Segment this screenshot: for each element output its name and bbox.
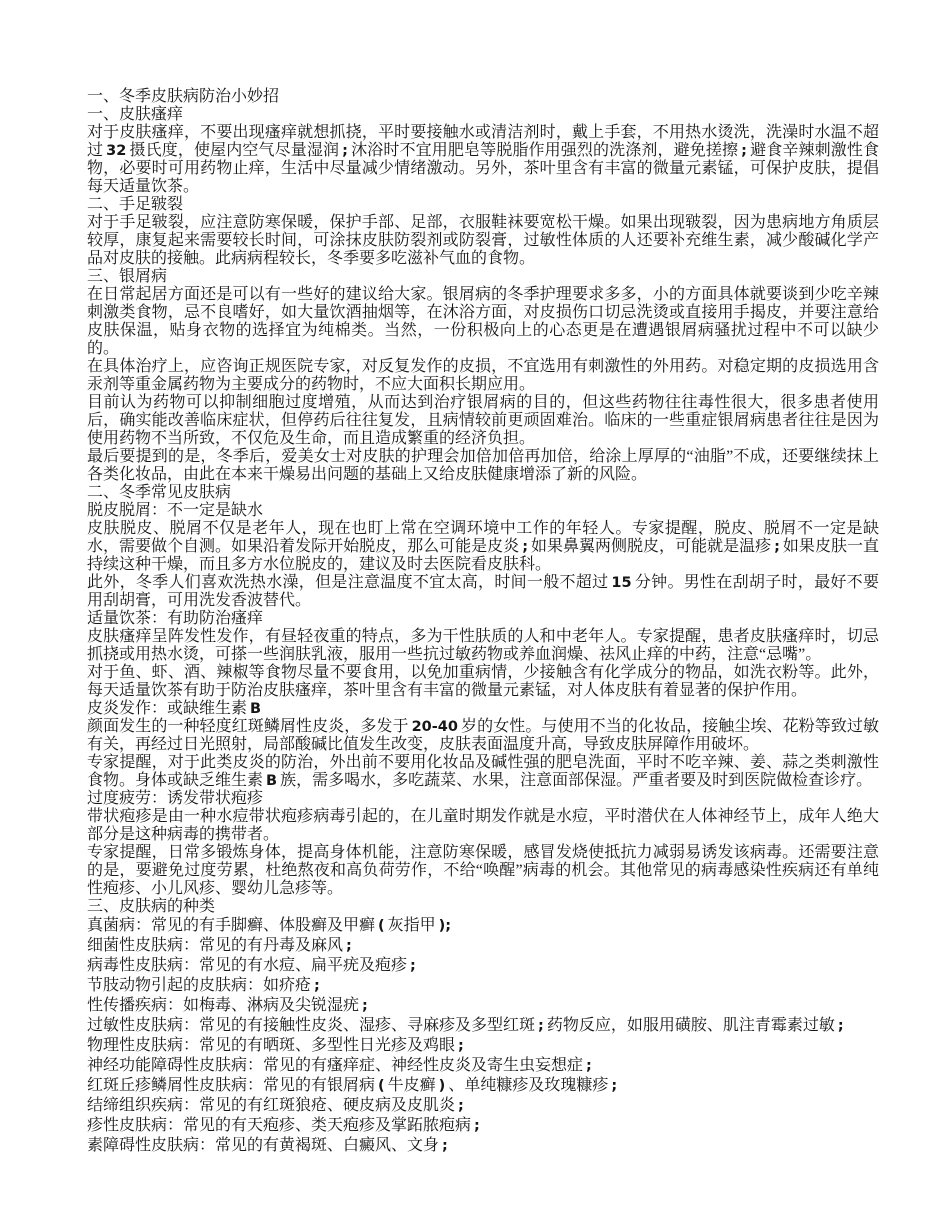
doc-paragraph: 专家提醒，日常多锻炼身体，提高身体机能，注意防寒保暖，感冒发烧使抵抗力减弱易诱发…	[87, 844, 879, 898]
doc-heading: 一、冬季皮肤病防治小妙招	[87, 88, 879, 106]
doc-heading: 皮炎发作：或缺维生素B	[87, 700, 879, 718]
doc-list-item: 病毒性皮肤病：常见的有水痘、扁平疣及疱疹;	[87, 956, 879, 976]
doc-heading: 二、手足皲裂	[87, 196, 879, 214]
doc-paragraph: 对于皮肤瘙痒，不要出现瘙痒就想抓挠，平时要接触水或清洁剂时，戴上手套，不用热水烫…	[87, 124, 879, 196]
document-body: 一、冬季皮肤病防治小妙招 一、皮肤瘙痒 对于皮肤瘙痒，不要出现瘙痒就想抓挠，平时…	[87, 88, 879, 1156]
doc-paragraph: 专家提醒，对于此类皮炎的防治，外出前不要用化妆品及碱性强的肥皂洗面，平时不吃辛辣…	[87, 754, 879, 790]
doc-heading: 三、皮肤病的种类	[87, 898, 879, 916]
doc-list-item: 素障碍性皮肤病：常见的有黄褐斑、白癜风、文身;	[87, 1136, 879, 1156]
doc-paragraph: 最后要提到的是，冬季后，爱美女士对皮肤的护理会加倍加倍再加倍，给涂上厚厚的“油脂…	[87, 448, 879, 484]
doc-paragraph: 此外，冬季人们喜欢洗热水澡，但是注意温度不宜太高，时间一般不超过15分钟。男性在…	[87, 574, 879, 610]
doc-list-item: 细菌性皮肤病：常见的有丹毒及麻风;	[87, 936, 879, 956]
doc-list-item: 节肢动物引起的皮肤病：如疥疮;	[87, 976, 879, 996]
doc-paragraph: 对于手足皲裂，应注意防寒保暖，保护手部、足部，衣服鞋袜要宽松干燥。如果出现皲裂，…	[87, 214, 879, 268]
doc-list-item: 性传播疾病：如梅毒、淋病及尖锐湿疣;	[87, 996, 879, 1016]
doc-list-item: 过敏性皮肤病：常见的有接触性皮炎、湿疹、寻麻疹及多型红斑;药物反应，如服用磺胺、…	[87, 1016, 879, 1036]
doc-heading: 三、银屑病	[87, 268, 879, 286]
doc-list-item: 神经功能障碍性皮肤病：常见的有瘙痒症、神经性皮炎及寄生虫妄想症;	[87, 1056, 879, 1076]
doc-paragraph: 带状疱疹是由一种水痘带状疱疹病毒引起的，在儿童时期发作就是水痘，平时潜伏在人体神…	[87, 808, 879, 844]
doc-list-item: 红斑丘疹鳞屑性皮肤病：常见的有银屑病(牛皮癣)、单纯糠疹及玫瑰糠疹;	[87, 1076, 879, 1096]
doc-list-item: 真菌病：常见的有手脚癣、体股癣及甲癣(灰指甲);	[87, 916, 879, 936]
doc-list-item: 结缔组织疾病：常见的有红斑狼疮、硬皮病及皮肌炎;	[87, 1096, 879, 1116]
doc-list-item: 疹性皮肤病：常见的有天疱疹、类天疱疹及掌跖脓疱病;	[87, 1116, 879, 1136]
doc-heading: 脱皮脱屑：不一定是缺水	[87, 502, 879, 520]
doc-heading: 过度疲劳：诱发带状疱疹	[87, 790, 879, 808]
doc-heading: 二、冬季常见皮肤病	[87, 484, 879, 502]
doc-paragraph: 对于鱼、虾、酒、辣椒等食物尽量不要食用，以免加重病情，少接触含有化学成分的物品，…	[87, 664, 879, 700]
document-page: { "doc": { "blocks": [ {"type": "heading…	[0, 0, 950, 1230]
doc-list-item: 物理性皮肤病：常见的有晒斑、多型性日光疹及鸡眼;	[87, 1036, 879, 1056]
doc-heading: 适量饮茶：有助防治瘙痒	[87, 610, 879, 628]
doc-paragraph: 目前认为药物可以抑制细胞过度增殖，从而达到治疗银屑病的目的，但这些药物往往毒性很…	[87, 394, 879, 448]
doc-paragraph: 皮肤瘙痒呈阵发性发作，有昼轻夜重的特点，多为干性肤质的人和中老年人。专家提醒，患…	[87, 628, 879, 664]
doc-paragraph: 在日常起居方面还是可以有一些好的建议给大家。银屑病的冬季护理要求多多，小的方面具…	[87, 286, 879, 358]
doc-heading: 一、皮肤瘙痒	[87, 106, 879, 124]
doc-paragraph: 颜面发生的一种轻度红斑鳞屑性皮炎，多发于20-40岁的女性。与使用不当的化妆品，…	[87, 718, 879, 754]
doc-paragraph: 皮肤脱皮、脱屑不仅是老年人，现在也盯上常在空调环境中工作的年轻人。专家提醒，脱皮…	[87, 520, 879, 574]
doc-paragraph: 在具体治疗上，应咨询正规医院专家，对反复发作的皮损，不宜选用有刺激性的外用药。对…	[87, 358, 879, 394]
